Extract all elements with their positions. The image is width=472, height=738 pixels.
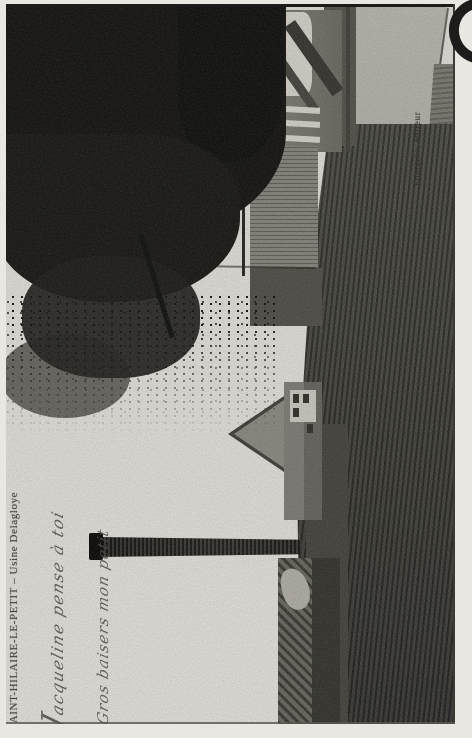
factory-window [293, 408, 299, 417]
chimney-base-shadow [312, 558, 340, 724]
photo-border-bottom [6, 722, 455, 724]
postcard-scan: SAINT-HILAIRE-LE-PETIT – Usine Delagloye… [0, 0, 472, 738]
telegraph-pole [346, 4, 350, 152]
photo-border-right [453, 4, 455, 724]
postcard-photo: SAINT-HILAIRE-LE-PETIT – Usine Delagloye… [6, 4, 455, 724]
tree-foliage-edge [6, 294, 280, 444]
photo-border-top [6, 4, 455, 7]
tree-canopy [178, 4, 284, 162]
factory-window [307, 424, 313, 433]
handwriting-line-2: Jacqueline pense à toi [36, 442, 68, 724]
handwriting-line-1: Gros baisers mon petit [94, 532, 120, 724]
postcard-caption: SAINT-HILAIRE-LE-PETIT – Usine Delagloye [8, 430, 24, 724]
factory-chimney [96, 537, 302, 557]
publisher-credit: Fontaine, éditeur [412, 60, 425, 186]
factory-window [293, 394, 299, 403]
factory-window [303, 394, 309, 403]
